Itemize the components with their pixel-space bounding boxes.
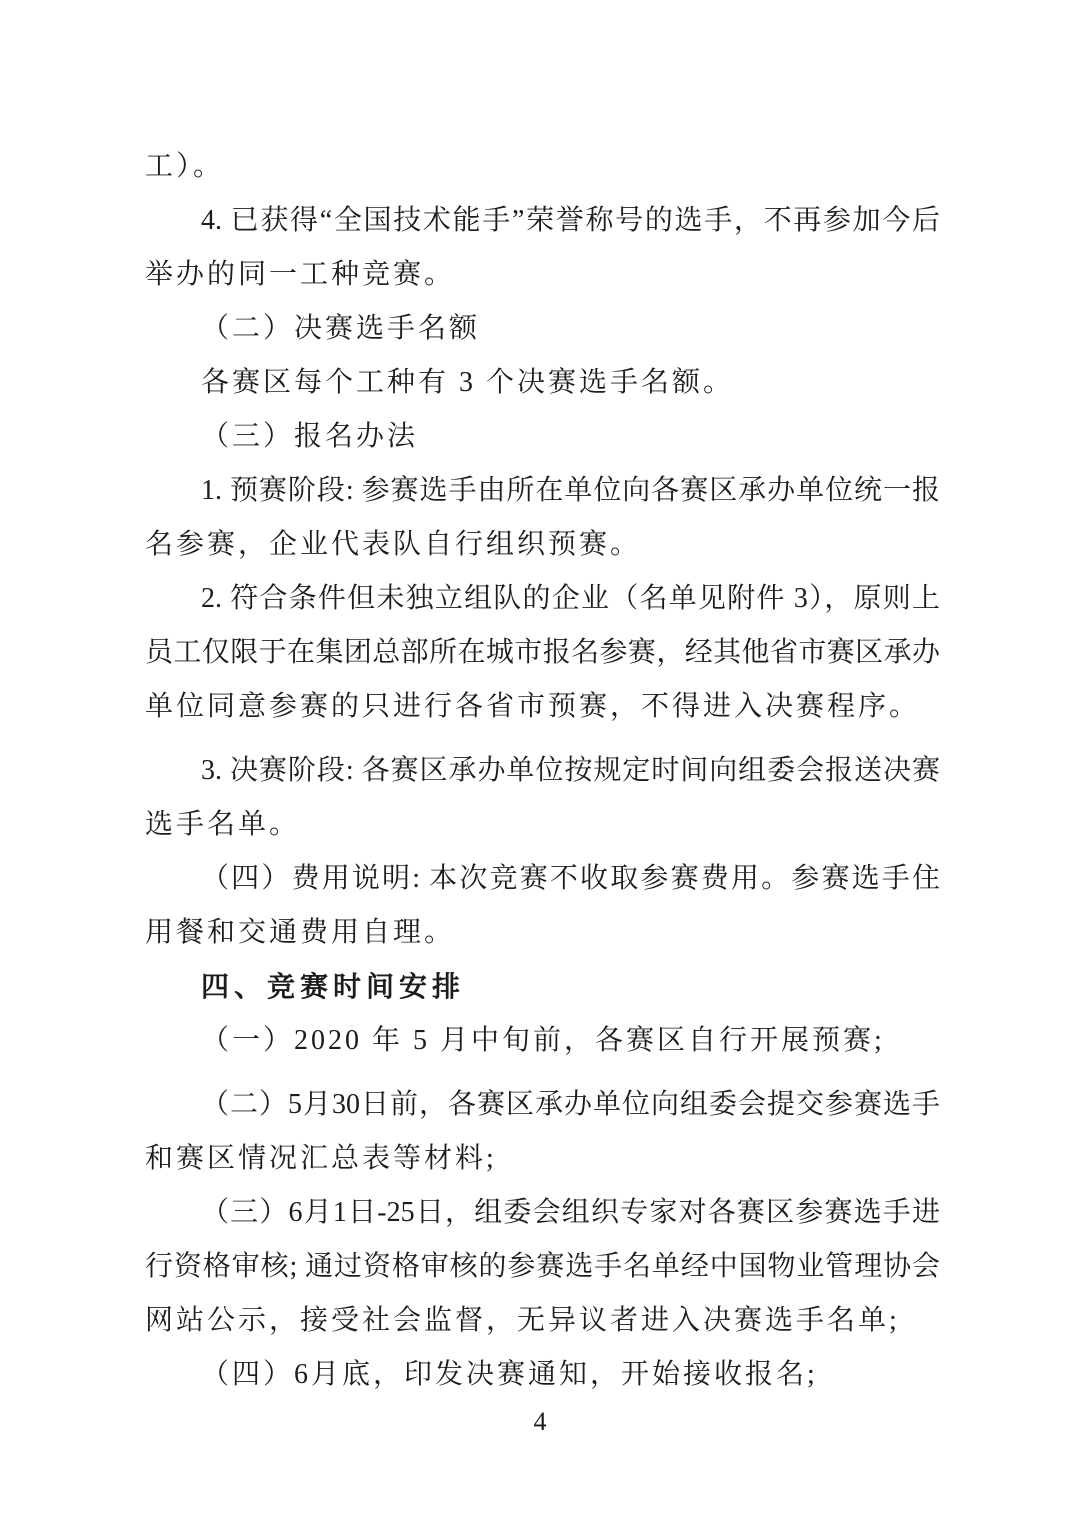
- document-page: 工）。4. 已获得“全国技术能手”荣誉称号的选手，不再参加今后举办的同一工种竞赛…: [0, 0, 1080, 1527]
- text-line: （四）6月底，印发决赛通知，开始接收报名;: [145, 1348, 940, 1402]
- page-number: 4: [0, 1402, 1080, 1442]
- text-line: 员工仅限于在集团总部所在城市报名参赛，经其他省市赛区承办: [145, 626, 940, 680]
- text-line: 行资格审核; 通过资格审核的参赛选手名单经中国物业管理协会: [145, 1240, 940, 1294]
- text-line: （二）决赛选手名额: [145, 302, 940, 356]
- text-line: 和赛区情况汇总表等材料;: [145, 1132, 940, 1186]
- text-line: 工）。: [145, 140, 940, 194]
- text-line: 名参赛，企业代表队自行组织预赛。: [145, 518, 940, 572]
- text-line: （三）6月1日-25日，组委会组织专家对各赛区参赛选手进: [145, 1186, 940, 1240]
- section-heading: 四、竞赛时间安排: [145, 960, 940, 1014]
- text-line: 举办的同一工种竞赛。: [145, 248, 940, 302]
- text-line: 2. 符合条件但未独立组队的企业（名单见附件 3），原则上: [145, 572, 940, 626]
- text-line: （二）5月30日前，各赛区承办单位向组委会提交参赛选手: [145, 1078, 940, 1132]
- text-line: 3. 决赛阶段: 各赛区承办单位按规定时间向组委会报送决赛: [145, 744, 940, 798]
- text-line: 选手名单。: [145, 798, 940, 852]
- text-line: 单位同意参赛的只进行各省市预赛，不得进入决赛程序。: [145, 680, 940, 734]
- text-line: 4. 已获得“全国技术能手”荣誉称号的选手，不再参加今后: [145, 194, 940, 248]
- text-line: （四）费用说明: 本次竞赛不收取参赛费用。参赛选手住宿、: [145, 852, 940, 906]
- text-line: （一）2020 年 5 月中旬前，各赛区自行开展预赛;: [145, 1014, 940, 1068]
- document-body: 工）。4. 已获得“全国技术能手”荣誉称号的选手，不再参加今后举办的同一工种竞赛…: [145, 140, 940, 1402]
- text-line: 用餐和交通费用自理。: [145, 906, 940, 960]
- text-line: 各赛区每个工种有 3 个决赛选手名额。: [145, 356, 940, 410]
- text-line: 1. 预赛阶段: 参赛选手由所在单位向各赛区承办单位统一报: [145, 464, 940, 518]
- text-line: 网站公示，接受社会监督，无异议者进入决赛选手名单;: [145, 1294, 940, 1348]
- text-line: （三）报名办法: [145, 410, 940, 464]
